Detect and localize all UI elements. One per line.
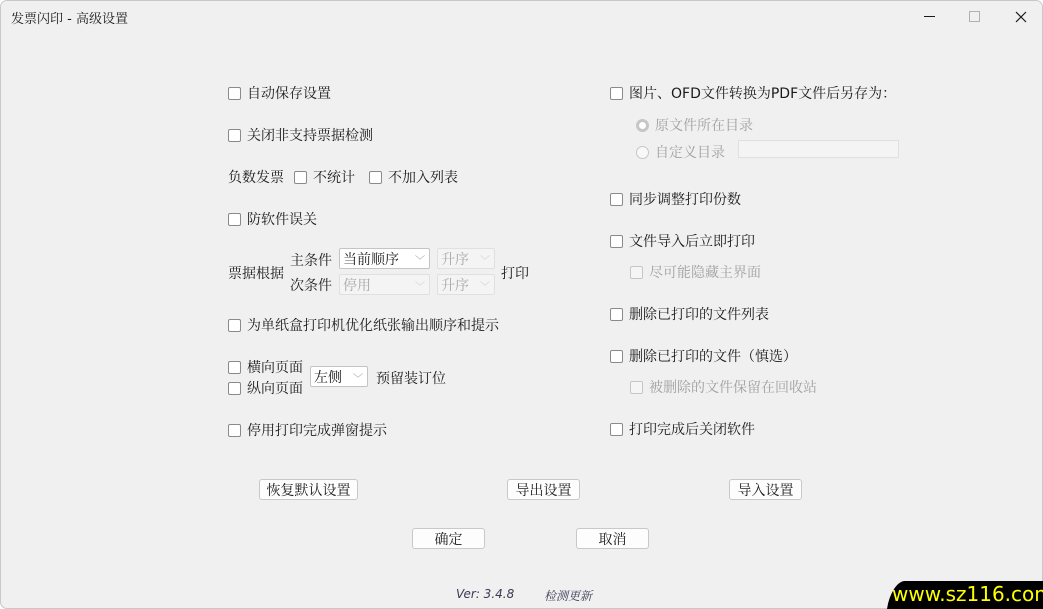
close-icon — [1015, 11, 1027, 23]
primary-condition-label: 主条件 — [290, 250, 332, 270]
save-original-dir-radio[interactable] — [636, 119, 649, 132]
single-tray-optimize-option[interactable]: 为单纸盒打印机优化纸张输出顺序和提示 — [228, 315, 499, 335]
primary-order-value: 升序 — [441, 249, 469, 269]
primary-condition-value: 当前顺序 — [343, 249, 399, 269]
negative-not-in-list-label: 不加入列表 — [388, 167, 458, 187]
check-update-link[interactable]: 检测更新 — [544, 587, 592, 604]
keep-in-recycle-bin-label: 被删除的文件保留在回收站 — [649, 377, 817, 397]
minimize-icon — [924, 16, 935, 18]
negative-no-stats-checkbox[interactable] — [294, 171, 307, 184]
prevent-accidental-close-checkbox[interactable] — [228, 213, 241, 226]
auto-save-option[interactable]: 自动保存设置 — [228, 83, 331, 103]
close-after-print-checkbox[interactable] — [610, 423, 623, 436]
negative-invoice-group: 负数发票 不统计 不加入列表 — [228, 167, 458, 187]
sort-print-suffix: 打印 — [501, 263, 529, 283]
portrait-option[interactable]: 纵向页面 — [228, 378, 303, 398]
binding-side-suffix: 预留装订位 — [376, 368, 446, 388]
primary-order-select[interactable]: 升序 ﹀ — [437, 248, 495, 269]
close-after-print-option[interactable]: 打印完成后关闭软件 — [610, 419, 755, 439]
auto-save-checkbox[interactable] — [228, 87, 241, 100]
chevron-down-icon: ﹀ — [480, 252, 490, 267]
convert-pdf-option[interactable]: 图片、OFD文件转换为PDF文件后另存为： — [610, 83, 896, 103]
sort-by-label: 票据根据 — [228, 263, 284, 283]
delete-printed-list-option[interactable]: 删除已打印的文件列表 — [610, 304, 769, 324]
chevron-down-icon: ﹀ — [353, 370, 363, 385]
secondary-condition-value: 停用 — [343, 275, 371, 295]
secondary-condition-label: 次条件 — [290, 275, 332, 295]
save-custom-dir-option[interactable]: 自定义目录 — [636, 142, 725, 162]
window-title: 发票闪印 - 高级设置 — [11, 8, 128, 27]
negative-no-stats-label: 不统计 — [313, 167, 355, 187]
title-bar: 发票闪印 - 高级设置 — [1, 1, 1042, 32]
cancel-button[interactable]: 取消 — [576, 528, 649, 549]
keep-in-recycle-bin-checkbox[interactable] — [630, 381, 643, 394]
close-unsupported-check-label: 关闭非支持票据检测 — [247, 125, 373, 145]
save-custom-dir-radio[interactable] — [636, 146, 649, 159]
close-after-print-label: 打印完成后关闭软件 — [629, 419, 755, 439]
save-custom-dir-label: 自定义目录 — [655, 142, 725, 162]
save-original-dir-option[interactable]: 原文件所在目录 — [636, 115, 753, 135]
negative-invoice-label: 负数发票 — [228, 167, 284, 187]
negative-not-in-list-checkbox[interactable] — [369, 171, 382, 184]
binding-side-value: 左侧 — [314, 367, 342, 387]
delete-printed-files-option[interactable]: 删除已打印的文件（慎选） — [610, 346, 797, 366]
sync-copies-label: 同步调整打印份数 — [629, 189, 741, 209]
sync-copies-option[interactable]: 同步调整打印份数 — [610, 189, 741, 209]
chevron-down-icon: ﹀ — [415, 278, 425, 293]
chevron-down-icon: ﹀ — [415, 252, 425, 267]
prevent-accidental-close-label: 防软件误关 — [247, 209, 317, 229]
maximize-icon — [969, 11, 980, 22]
delete-printed-list-label: 删除已打印的文件列表 — [629, 304, 769, 324]
ok-button[interactable]: 确定 — [412, 528, 485, 549]
disable-done-popup-label: 停用打印完成弹窗提示 — [247, 420, 387, 440]
export-settings-button[interactable]: 导出设置 — [507, 479, 580, 500]
single-tray-optimize-checkbox[interactable] — [228, 319, 241, 332]
primary-condition-select[interactable]: 当前顺序 ﹀ — [339, 248, 430, 269]
watermark-text: www.sz116.com — [892, 582, 1043, 606]
maximize-button[interactable] — [951, 1, 997, 32]
version-label: Ver: 3.4.8 — [456, 587, 514, 601]
minimize-button[interactable] — [906, 1, 952, 32]
chevron-down-icon: ﹀ — [480, 278, 490, 293]
close-unsupported-check-checkbox[interactable] — [228, 129, 241, 142]
auto-save-label: 自动保存设置 — [247, 83, 331, 103]
portrait-label: 纵向页面 — [247, 378, 303, 398]
portrait-checkbox[interactable] — [228, 382, 241, 395]
single-tray-optimize-label: 为单纸盒打印机优化纸张输出顺序和提示 — [247, 315, 499, 335]
convert-pdf-checkbox[interactable] — [610, 87, 623, 100]
save-original-dir-label: 原文件所在目录 — [655, 115, 753, 135]
settings-window: 发票闪印 - 高级设置 自动保存设置 关闭非支持票据检测 负数发票 不统计 不加… — [0, 0, 1043, 609]
landscape-option[interactable]: 横向页面 — [228, 357, 303, 377]
hide-main-window-label: 尽可能隐藏主界面 — [649, 262, 761, 282]
secondary-order-value: 升序 — [441, 275, 469, 295]
custom-dir-input[interactable] — [738, 140, 899, 158]
delete-printed-list-checkbox[interactable] — [610, 308, 623, 321]
binding-side-select[interactable]: 左侧 ﹀ — [310, 366, 368, 387]
print-on-import-label: 文件导入后立即打印 — [629, 231, 755, 251]
secondary-order-select[interactable]: 升序 ﹀ — [437, 274, 495, 295]
restore-defaults-button[interactable]: 恢复默认设置 — [259, 479, 358, 500]
print-on-import-option[interactable]: 文件导入后立即打印 — [610, 231, 755, 251]
delete-printed-files-label: 删除已打印的文件（慎选） — [629, 346, 797, 366]
hide-main-window-option[interactable]: 尽可能隐藏主界面 — [630, 262, 761, 282]
delete-printed-files-checkbox[interactable] — [610, 350, 623, 363]
close-button[interactable] — [998, 1, 1043, 32]
disable-done-popup-option[interactable]: 停用打印完成弹窗提示 — [228, 420, 387, 440]
import-settings-button[interactable]: 导入设置 — [729, 479, 802, 500]
sync-copies-checkbox[interactable] — [610, 193, 623, 206]
hide-main-window-checkbox[interactable] — [630, 266, 643, 279]
secondary-condition-select[interactable]: 停用 ﹀ — [339, 274, 430, 295]
prevent-accidental-close-option[interactable]: 防软件误关 — [228, 209, 317, 229]
landscape-label: 横向页面 — [247, 357, 303, 377]
disable-done-popup-checkbox[interactable] — [228, 424, 241, 437]
print-on-import-checkbox[interactable] — [610, 235, 623, 248]
convert-pdf-label: 图片、OFD文件转换为PDF文件后另存为： — [629, 83, 896, 103]
close-unsupported-check-option[interactable]: 关闭非支持票据检测 — [228, 125, 373, 145]
landscape-checkbox[interactable] — [228, 361, 241, 374]
keep-in-recycle-bin-option[interactable]: 被删除的文件保留在回收站 — [630, 377, 817, 397]
